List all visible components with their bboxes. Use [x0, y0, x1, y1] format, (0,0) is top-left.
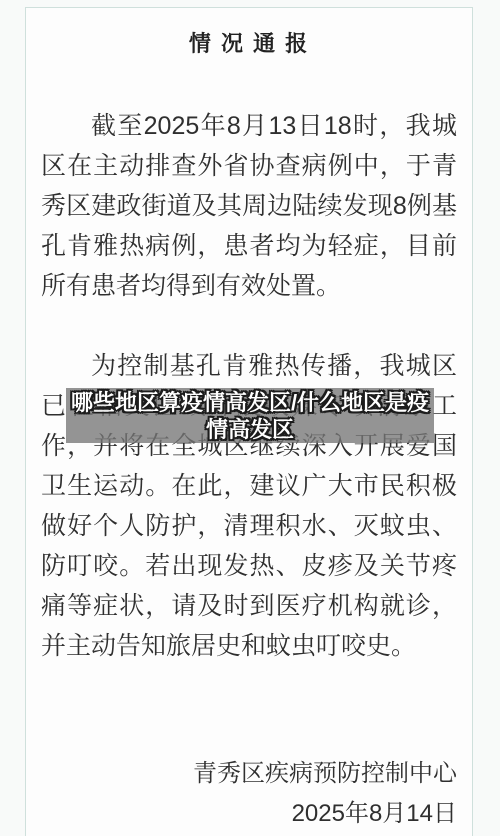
notice-line: 所有患者均得到有效处置。 — [41, 266, 457, 306]
notice-line: 为控制基孔肯雅热传播，我城区 — [41, 346, 457, 386]
notice-line: 并主动告知旅居史和蚊虫叮咬史。 — [41, 626, 457, 666]
notice-line: 痛等症状，请及时到医疗机构就诊， — [41, 586, 457, 626]
caption-text: 哪些地区算疫情高发区/什么地区是疫情高发区 — [66, 389, 434, 443]
notice-line: 秀区建政街道及其周边陆续发现8例基 — [41, 186, 457, 226]
notice-title: 情 况 通 报 — [41, 28, 457, 60]
notice-line: 截至2025年8月13日18时，我城 — [41, 106, 457, 146]
notice-line: 区在主动排查外省协查病例中，于青 — [41, 146, 457, 186]
signature-block: 青秀区疾病预防控制中心 2025年8月14日 — [41, 754, 457, 834]
caption-overlay: 哪些地区算疫情高发区/什么地区是疫情高发区 — [66, 388, 434, 443]
signature-org: 青秀区疾病预防控制中心 — [41, 754, 457, 794]
notice-body: 截至2025年8月13日18时，我城区在主动排查外省协查病例中，于青秀区建政街道… — [41, 106, 457, 666]
notice-line: 孔肯雅热病例，患者均为轻症，目前 — [41, 226, 457, 266]
notice-image: 情 况 通 报 截至2025年8月13日18时，我城区在主动排查外省协查病例中，… — [0, 0, 500, 836]
signature-date: 2025年8月14日 — [41, 794, 457, 834]
notice-line: 卫生运动。在此，建议广大市民积极 — [41, 466, 457, 506]
notice-paragraph: 截至2025年8月13日18时，我城区在主动排查外省协查病例中，于青秀区建政街道… — [41, 106, 457, 306]
notice-line: 做好个人防护，清理积水、灭蚊虫、 — [41, 506, 457, 546]
notice-line: 防叮咬。若出现发热、皮疹及关节疼 — [41, 546, 457, 586]
